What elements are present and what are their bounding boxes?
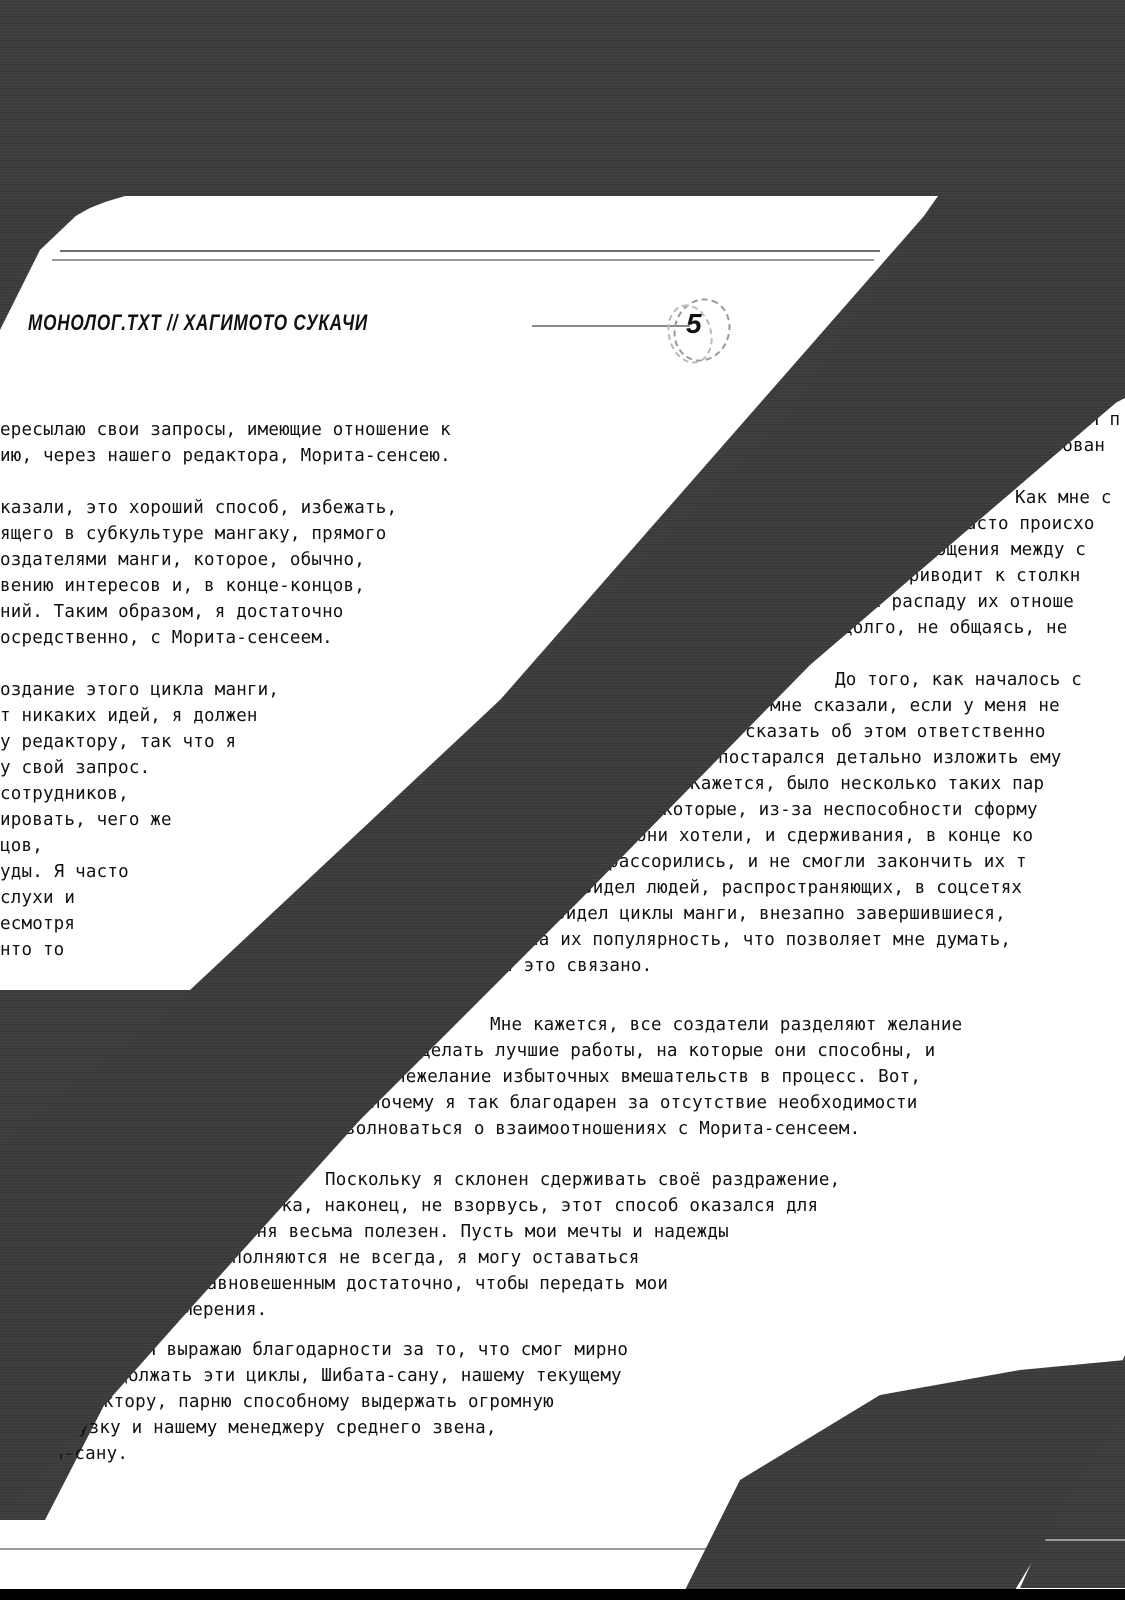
text-line: ию, через нашего редактора, Морита-сенсе… <box>0 446 451 466</box>
text-line: исполняются не всегда, я могу оставаться <box>210 1248 639 1268</box>
text-line: Я п <box>1088 410 1120 430</box>
text-line: намерения. <box>160 1300 267 1320</box>
text-line: уравновешенным достаточно, чтобы передат… <box>185 1274 668 1294</box>
text-line: у редактору, так что я <box>0 732 236 752</box>
bottom-black-bar <box>0 1589 1125 1600</box>
text-line: волноваться о взаимоотношениях с Морита-… <box>345 1119 860 1139</box>
text-line: уды. Я часто <box>0 862 129 882</box>
text-line: видел людей, распространяющих, в соцсетя… <box>582 878 1022 898</box>
text-line: осредственно, с Морита-сенсеем. <box>0 628 333 648</box>
page-number-badge: 5 <box>664 296 754 366</box>
text-line: нежелание избыточных вмешательств в проц… <box>395 1067 921 1087</box>
text-line: к распаду их отноше <box>870 592 1074 612</box>
text-line: они хотели, и сдерживания, в конце ко <box>636 826 1033 846</box>
text-line: До того, как началось с <box>835 670 1082 690</box>
text-line: сотрудников, <box>0 784 129 804</box>
text-line: Кажется, было несколько таких пар <box>690 774 1044 794</box>
text-line: казали, это хороший способ, избежать, <box>0 498 397 518</box>
text-line: на их популярность, что позволяет мне ду… <box>528 930 1011 950</box>
text-line: видел циклы манги, внезапно завершившиес… <box>555 904 1006 924</box>
text-line: ний. Таким образом, я достаточно <box>0 602 344 622</box>
text-line: рисован <box>1030 436 1105 456</box>
text-line: слухи и <box>0 888 75 908</box>
header-rule-bottom <box>52 259 874 261</box>
text-line: ересылаю свои запросы, имеющие отношение… <box>0 420 451 440</box>
text-line: почему я так благодарен за отсутствие не… <box>370 1093 918 1113</box>
text-line: которые, из-за неспособности сформу <box>662 800 1038 820</box>
text-line: ящего в субкультуре мангаку, прямого <box>0 524 387 544</box>
text-line: редактору, парню способному выдержать ог… <box>60 1392 554 1412</box>
text-line: Как мне с <box>1015 488 1112 508</box>
text-line: Мне кажется, все создатели разделяют жел… <box>490 1015 962 1035</box>
text-line: продолжать эти циклы, Шибата-сану, нашем… <box>85 1366 622 1386</box>
text-line: и это связано. <box>502 956 652 976</box>
text-line: нто то <box>0 940 64 960</box>
footer-rule-left <box>0 1548 720 1550</box>
text-line: ировать, чего же <box>0 810 172 830</box>
text-line: нагрузку и нашему менеджеру среднего зве… <box>35 1418 497 1438</box>
text-line: долго, не общаясь, не <box>842 618 1067 638</box>
text-line: оздателями манги, которое, обычно, <box>0 550 365 570</box>
text-line: пока, наконец, не взорвусь, этот способ … <box>260 1196 818 1216</box>
text-line: есмотря <box>0 914 75 934</box>
text-line: Я выражаю благодарности за то, что смог … <box>145 1340 628 1360</box>
header-title: МОНОЛОГ.TXT // ХАГИМОТО СУКАЧИ <box>28 310 368 336</box>
header-rule-top <box>60 250 880 252</box>
text-line: сказать об этом ответственно <box>745 722 1046 742</box>
text-line: Цуджи-сану. <box>10 1444 128 1464</box>
text-line: цов, <box>0 836 43 856</box>
text-line: рассорились, и не смогли закончить их т <box>608 852 1027 872</box>
text-line: постарался детально изложить ему <box>718 748 1062 768</box>
text-line: вению интересов и, в конце-концов, <box>0 576 365 596</box>
page-number: 5 <box>686 308 702 340</box>
text-line: т никаких идей, я должен <box>0 706 258 726</box>
text-line: меня весьма полезен. Пусть мои мечты и н… <box>235 1222 729 1242</box>
text-line: оздание этого цикла манги, <box>0 680 279 700</box>
text-line: мне сказали, если у меня не <box>770 696 1060 716</box>
text-line: Поскольку я склонен сдерживать своё разд… <box>325 1170 840 1190</box>
text-line: делать лучшие работы, на которые они спо… <box>420 1041 935 1061</box>
text-line: общения между с <box>925 540 1086 560</box>
text-line: приводит к столкн <box>898 566 1081 586</box>
text-line: часто происхо <box>955 514 1095 534</box>
footer-rule-right <box>1028 1539 1125 1541</box>
text-line: у свой запрос. <box>0 758 150 778</box>
